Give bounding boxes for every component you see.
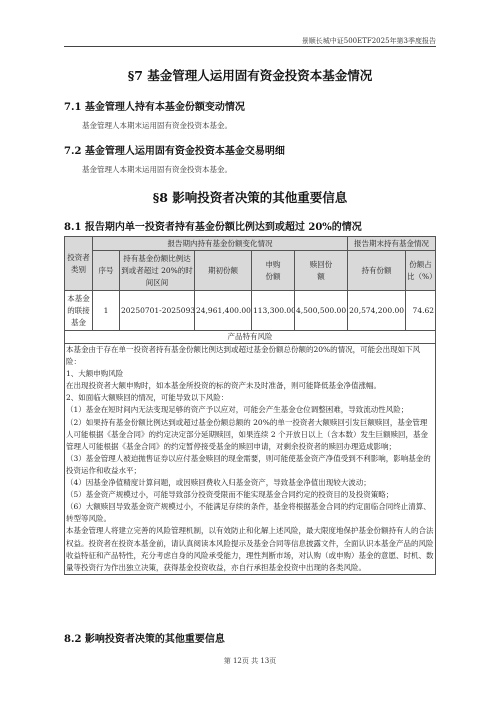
table-row: 本基金的联接基金 1 20250701-20250930 24,961,400.… xyxy=(65,291,436,331)
section-8-1-title: 8.1 报告期内单一投资者持有基金份额比例达到或超过 20%的情况 xyxy=(64,218,362,233)
header-rule xyxy=(64,46,436,47)
cell-ratio: 74.62 xyxy=(406,291,436,331)
risk-paragraph: （5）基金资产规模过小，可能导致部分投资受限而不能实现基金合同约定的投资目的及投… xyxy=(66,489,434,501)
col-initial: 期初份额 xyxy=(195,251,252,291)
risk-paragraph: （2）如果持有基金份额比例达到或超过基金份额总额的 20%的单一投资者大额赎回引… xyxy=(66,417,434,453)
cell-redeem: 4,500,500.00 xyxy=(295,291,348,331)
risk-title: 产品特有风险 xyxy=(65,331,436,344)
col-investor-type: 投资者类别 xyxy=(65,237,93,291)
col-redeem: 赎回份额 xyxy=(295,251,348,291)
risk-paragraph: （1）基金在短时间内无法变现足够的资产予以应对，可能会产生基金仓位调整困难，导致… xyxy=(66,404,434,416)
risk-paragraph: 在出现投资者大额申购时，如本基金所投资的标的资产未及时准备，则可能降低基金净值涨… xyxy=(66,380,434,392)
group-period-end: 报告期末持有基金情况 xyxy=(348,237,436,251)
holder-table: 投资者类别 报告期内持有基金份额变化情况 报告期末持有基金情况 序号 持有基金份… xyxy=(64,236,436,575)
risk-description: 本基金由于存在单一投资者持有基金份额比例达到或超过基金份额总份额的20%的情况，… xyxy=(65,344,436,575)
risk-paragraph: （6）大额赎回导致基金资产规模过小，不能满足存续的条件，基金将根据基金合同的约定… xyxy=(66,501,434,525)
risk-paragraph: 本基金由于存在单一投资者持有基金份额比例达到或超过基金份额总份额的20%的情况，… xyxy=(66,344,434,368)
section-8-title: §8 影响投资者决策的其他重要信息 xyxy=(0,188,500,206)
page-footer: 第 12页 共 13页 xyxy=(0,656,500,666)
cell-interval: 20250701-20250930 xyxy=(120,291,195,331)
risk-paragraph: 2、如面临大额赎回的情况，可能导致以下风险： xyxy=(66,392,434,404)
cell-investor-type: 本基金的联接基金 xyxy=(65,291,93,331)
section-7-1-text: 基金管理人本期末运用固有资金投资本基金。 xyxy=(82,120,232,131)
document-page: 景顺长城中证500ETF2025年第3季度报告 §7 基金管理人运用固有资金投资… xyxy=(0,0,500,707)
col-subscribe: 申购份额 xyxy=(252,251,295,291)
section-7-title: §7 基金管理人运用固有资金投资本基金情况 xyxy=(0,66,500,84)
cell-initial: 24,961,400.00 xyxy=(195,291,252,331)
section-7-2-title: 7.2 基金管理人运用固有资金投资本基金交易明细 xyxy=(64,142,285,157)
section-7-1-title: 7.1 基金管理人持有本基金份额变动情况 xyxy=(64,98,245,113)
running-header: 景顺长城中证500ETF2025年第3季度报告 xyxy=(64,36,436,46)
col-holding: 持有份额 xyxy=(348,251,406,291)
col-ratio: 份额占比（%） xyxy=(406,251,436,291)
cell-seq: 1 xyxy=(93,291,120,331)
risk-paragraph: 1、大额申购风险 xyxy=(66,368,434,380)
col-seq: 序号 xyxy=(93,251,120,291)
section-8-2-title: 8.2 影响投资者决策的其他重要信息 xyxy=(64,630,225,645)
section-7-2-text: 基金管理人本期未运用固有资金投资本基金。 xyxy=(82,164,232,175)
group-period-change: 报告期内持有基金份额变化情况 xyxy=(93,237,348,251)
cell-subscribe: 113,300.00 xyxy=(252,291,295,331)
col-interval: 持有基金份额比例达到或者超过 20%的时间区间 xyxy=(120,251,195,291)
cell-holding: 20,574,200.00 xyxy=(348,291,406,331)
risk-paragraph: （4）因基金净值精度计算问题，或因赎回费收入归基金资产，导致基金净值出现较大波动… xyxy=(66,477,434,489)
risk-paragraph: 本基金管理人将建立完善的风险管理机制，以有效防止和化解上述风险，最大限度地保护基… xyxy=(66,525,434,573)
risk-paragraph: （3）基金管理人被迫抛售证券以应付基金赎回的现金需要，则可能使基金资产净值受到不… xyxy=(66,453,434,477)
